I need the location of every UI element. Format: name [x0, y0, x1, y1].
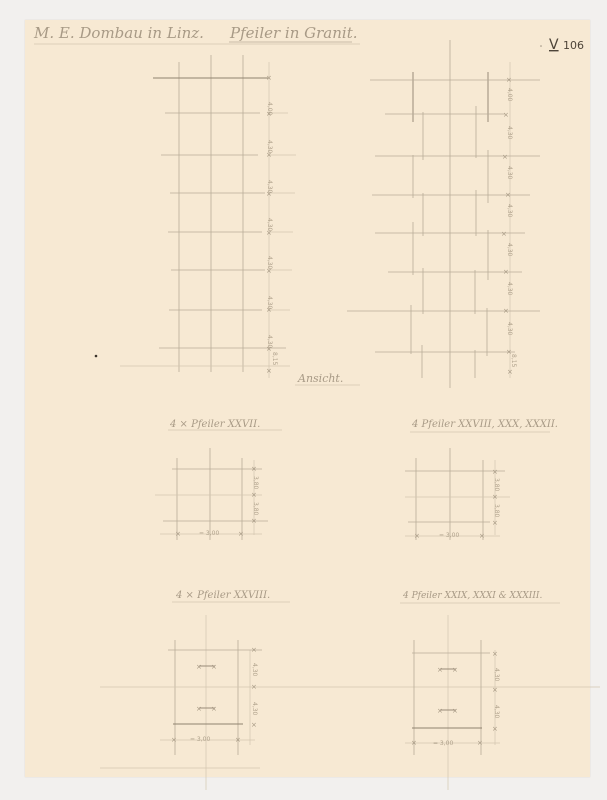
- svg-text:×: ×: [452, 707, 458, 715]
- svg-text:×: ×: [266, 367, 272, 375]
- page-number: 106: [563, 39, 584, 52]
- svg-text:×: ×: [505, 191, 511, 199]
- svg-text:8,15: 8,15: [271, 352, 278, 366]
- detail-bottom-left: 4 × Pfeiler XXVIII. × × × × × × × × × = …: [100, 590, 600, 790]
- svg-text:= 3,00: = 3,00: [199, 530, 219, 537]
- svg-text:4,30: 4,30: [266, 140, 273, 154]
- svg-text:4,30: 4,30: [266, 256, 273, 270]
- svg-text:×: ×: [266, 74, 272, 82]
- page-dot: [540, 45, 542, 47]
- svg-text:4,00: 4,00: [266, 102, 273, 116]
- svg-text:4,30: 4,30: [266, 218, 273, 232]
- svg-text:4,30: 4,30: [506, 166, 513, 180]
- left-elevation: × × × × × × × × × 4,00 4,30 4,30 4,30 4,…: [120, 55, 296, 378]
- svg-text:×: ×: [437, 666, 443, 674]
- right-elevation: × × × × × × × × × 4,00 4,30 4,30 4,30 4,…: [347, 40, 540, 388]
- svg-text:4,30: 4,30: [506, 322, 513, 336]
- title-prefix: M. E. Dombau in Linz.: [33, 24, 204, 42]
- svg-text:×: ×: [211, 705, 217, 713]
- svg-text:×: ×: [251, 465, 257, 473]
- svg-text:4,30: 4,30: [251, 663, 258, 677]
- detail-mid-left: 4 × Pfeiler XXVII. × × × × × = 3,00 3,80…: [155, 419, 282, 540]
- svg-text:×: ×: [452, 666, 458, 674]
- svg-text:×: ×: [238, 530, 244, 538]
- svg-text:×: ×: [479, 532, 485, 540]
- anchor-pair-upper: × ×: [437, 666, 458, 674]
- detail-label: 4 Pfeiler XXIX, XXXI & XXXIII.: [402, 591, 542, 601]
- ink-dot: [95, 355, 98, 358]
- svg-text:4,30: 4,30: [493, 705, 500, 719]
- svg-text:×: ×: [251, 517, 257, 525]
- svg-text:×: ×: [196, 705, 202, 713]
- svg-text:×: ×: [171, 736, 177, 744]
- svg-text:×: ×: [492, 493, 498, 501]
- right-dimension-labels: 4,00 4,30 4,30 4,30 4,30 4,30 4,30 8,15: [506, 88, 517, 368]
- svg-text:×: ×: [506, 76, 512, 84]
- view-label: Ansicht.: [297, 372, 343, 385]
- svg-text:4,30: 4,30: [506, 204, 513, 218]
- svg-text:×: ×: [492, 468, 498, 476]
- svg-text:4,30: 4,30: [266, 335, 273, 349]
- anchor-pair-upper: × ×: [196, 663, 217, 671]
- svg-text:×: ×: [492, 725, 498, 733]
- svg-text:4,00: 4,00: [506, 88, 513, 102]
- svg-text:3,80: 3,80: [493, 504, 500, 518]
- svg-text:3,80: 3,80: [252, 502, 259, 516]
- svg-text:3,80: 3,80: [493, 478, 500, 492]
- svg-text:3,80: 3,80: [252, 476, 259, 490]
- svg-text:×: ×: [503, 111, 509, 119]
- svg-text:4,30: 4,30: [266, 296, 273, 310]
- svg-text:4,30: 4,30: [506, 243, 513, 257]
- detail-label: 4 × Pfeiler XXVIII.: [175, 590, 270, 601]
- svg-text:4,30: 4,30: [493, 668, 500, 682]
- svg-text:×: ×: [507, 368, 513, 376]
- title-underlined: Pfeiler in Granit.: [229, 24, 358, 42]
- header: M. E. Dombau in Linz. Pfeiler in Granit.…: [33, 24, 584, 53]
- svg-text:×: ×: [492, 686, 498, 694]
- svg-text:×: ×: [501, 230, 507, 238]
- svg-text:×: ×: [492, 650, 498, 658]
- svg-text:= 3,00: = 3,00: [439, 532, 459, 539]
- svg-text:×: ×: [503, 307, 509, 315]
- detail-label: 4 × Pfeiler XXVII.: [169, 419, 260, 430]
- anchor-pair-lower: × ×: [437, 707, 458, 715]
- svg-text:8,15: 8,15: [510, 354, 517, 368]
- detail-bottom-right: 4 Pfeiler XXIX, XXXI & XXXIII. × × × × ×…: [400, 591, 560, 790]
- svg-text:×: ×: [251, 683, 257, 691]
- svg-text:×: ×: [196, 663, 202, 671]
- svg-text:4,30: 4,30: [506, 282, 513, 296]
- svg-text:4,30: 4,30: [251, 702, 258, 716]
- svg-text:×: ×: [211, 663, 217, 671]
- svg-text:×: ×: [251, 491, 257, 499]
- detail-label: 4 Pfeiler XXVIII, XXX, XXXII.: [411, 419, 558, 430]
- svg-text:4,30: 4,30: [506, 126, 513, 140]
- page-volume: V: [549, 37, 559, 53]
- svg-text:×: ×: [251, 721, 257, 729]
- svg-text:×: ×: [477, 739, 483, 747]
- svg-text:×: ×: [414, 532, 420, 540]
- svg-text:×: ×: [492, 519, 498, 527]
- svg-text:×: ×: [175, 530, 181, 538]
- svg-text:×: ×: [503, 268, 509, 276]
- svg-text:= 3,00: = 3,00: [190, 736, 210, 743]
- drawing-canvas: M. E. Dombau in Linz. Pfeiler in Granit.…: [0, 0, 607, 800]
- svg-text:×: ×: [251, 646, 257, 654]
- svg-text:×: ×: [437, 707, 443, 715]
- detail-mid-right: 4 Pfeiler XXVIII, XXX, XXXII. × × × × × …: [405, 419, 558, 540]
- svg-text:×: ×: [235, 736, 241, 744]
- svg-text:4,30: 4,30: [266, 180, 273, 194]
- anchor-pair-lower: × ×: [196, 705, 217, 713]
- svg-text:×: ×: [411, 739, 417, 747]
- svg-text:×: ×: [502, 153, 508, 161]
- svg-text:= 3,00: = 3,00: [433, 740, 453, 747]
